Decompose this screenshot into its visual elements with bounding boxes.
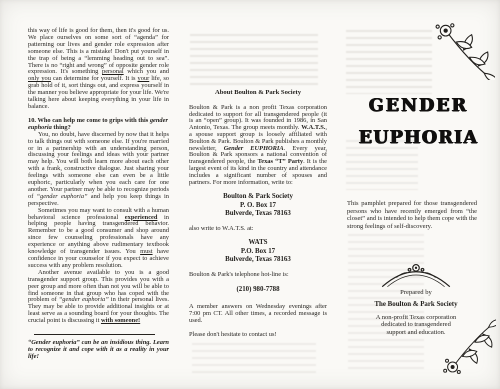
- address-line: Bulverde, Texas 78163: [189, 210, 327, 218]
- emphasized-text: with someone!: [101, 317, 140, 324]
- society-tagline: A non-profit Texas corporation dedicated…: [371, 314, 461, 336]
- paragraph: Another avenue available to you is a goo…: [28, 270, 169, 325]
- bleedthrough-text: [192, 343, 316, 375]
- mailing-address-society: Boulton & Park Society P. O. Box 17 Bulv…: [189, 193, 327, 218]
- address-line: P.O. Box 17: [189, 248, 327, 256]
- pamphlet-scan-page: this way of life is good for them, then …: [0, 0, 500, 389]
- cover-title-line2: EUPHORIA: [345, 128, 492, 148]
- pamphlet-description: This pamphlet prepared for those transge…: [347, 200, 477, 230]
- hotline-note: Boulton & Park's telephone hot-line is:: [189, 272, 327, 279]
- body-text: You, no doubt, have discerned by now tha…: [28, 131, 169, 200]
- contact-invitation: Please don't hesitate to contact us!: [189, 332, 327, 339]
- prepared-by-block: Prepared by The Boulton & Park Society A…: [363, 262, 469, 336]
- left-panel: this way of life is good for them, then …: [28, 28, 169, 361]
- about-section-heading: About Boulton & Park Society: [189, 90, 327, 97]
- paragraph: You, no doubt, have discerned by now tha…: [28, 132, 169, 208]
- address-line: Bulverde, Texas 78163: [189, 256, 327, 264]
- paragraph-continuation: this way of life is good for them, then …: [28, 28, 169, 111]
- cover-title-line1: GENDER: [345, 96, 492, 116]
- hotline-hours: A member answers on Wednesday evenings a…: [189, 304, 327, 324]
- address-line: Boulton & Park Society: [189, 193, 327, 201]
- cover-panel: GENDER EUPHORIA This pamphlet prepared f…: [345, 24, 492, 384]
- about-paragraph: Boulton & Park is a non profit Texas cor…: [189, 105, 327, 187]
- divider-rule: [34, 334, 155, 335]
- paragraph: Sometimes you may want to consult with a…: [28, 208, 169, 270]
- question-10-heading: 10. Who can help me come to grips with t…: [28, 118, 169, 132]
- floral-arc-ornament: [377, 262, 455, 288]
- address-line: P. O. Box 17: [189, 202, 327, 210]
- closing-quote: “Gender euphoria” can be an insidious th…: [28, 340, 169, 361]
- hotline-phone-number: (210) 980-7788: [189, 287, 327, 294]
- address-line: WATS: [189, 239, 327, 247]
- society-name: The Boulton & Park Society: [363, 301, 469, 308]
- wats-note: also write to W.A.T.S. at:: [189, 226, 327, 233]
- prepared-by-label: Prepared by: [363, 289, 469, 296]
- middle-panel: About Boulton & Park Society Boulton & P…: [189, 28, 327, 338]
- mailing-address-wats: WATS P.O. Box 17 Bulverde, Texas 78163: [189, 239, 327, 264]
